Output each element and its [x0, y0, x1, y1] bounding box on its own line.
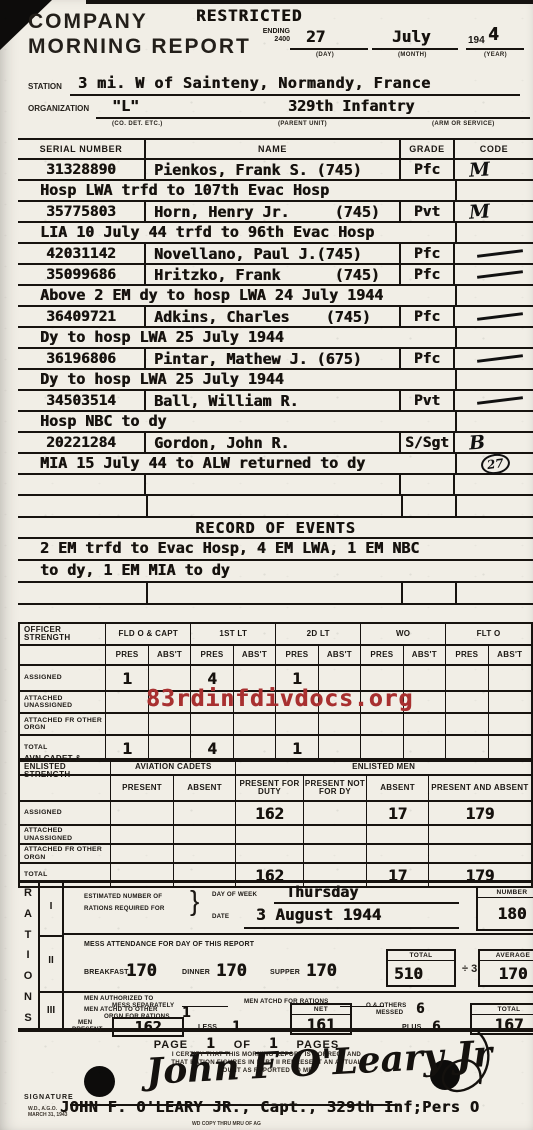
- enlisted-col-header: PRESENT FOR DUTY: [236, 776, 303, 800]
- enlisted-col-header: PRESENT AND ABSENT: [429, 776, 531, 800]
- rations-row2: MESS ATTENDANCE FOR DAY OF THIS REPORT B…: [64, 937, 533, 991]
- column-divider: [455, 496, 457, 516]
- code-cell: [455, 328, 533, 347]
- station-underline: [70, 94, 520, 96]
- grade-header: GRADE: [401, 140, 455, 158]
- code-cell: [455, 370, 533, 389]
- value-cell: [149, 714, 191, 734]
- men-present-value: 162: [134, 1018, 161, 1036]
- remark-text: Dy to hosp LWA 25 July 1944: [40, 328, 284, 346]
- divider: [40, 935, 62, 937]
- officer-group-header: FLT O: [446, 624, 531, 644]
- table-row: Dy to hosp LWA 25 July 1944: [18, 370, 533, 391]
- column-divider: [401, 496, 403, 516]
- pres-abst-header: ABS'T: [489, 646, 531, 664]
- value-cell: [367, 845, 429, 862]
- table-row: 35099686Hritzko, Frank (745)Pfc: [18, 265, 533, 286]
- officer-group-header: WO: [361, 624, 446, 644]
- net-label: NET: [292, 1005, 350, 1015]
- strength-header-row: OFFICER STRENGTHFLD O & CAPT1ST LT2D LTW…: [20, 624, 531, 646]
- code-cell: [455, 349, 533, 368]
- personnel-table: SERIAL NUMBER NAME GRADE CODE 31328890Pi…: [18, 138, 533, 605]
- code-handwritten-mark: M: [468, 200, 491, 223]
- scan-top-edge: [86, 0, 533, 4]
- value-cell: [367, 826, 429, 843]
- others-messed-value: 6: [416, 1001, 424, 1017]
- officer-group-header: 1ST LT: [191, 624, 276, 644]
- strength-value: 4: [207, 669, 217, 688]
- date-label: DATE: [212, 913, 229, 920]
- table-row: Above 2 EM dy to hosp LWA 24 July 1944: [18, 286, 533, 307]
- value-cell: [489, 666, 531, 690]
- grade-cell: Pvt: [401, 202, 455, 221]
- remark-text: Dy to hosp LWA 25 July 1944: [40, 370, 284, 388]
- record-of-events-title: RECORD OF EVENTS: [195, 519, 356, 537]
- rations-letter: T: [25, 929, 32, 941]
- table-row: Hosp NBC to dy: [18, 412, 533, 433]
- strength-value: 179: [465, 804, 494, 823]
- organization-parent-unit: 329th Infantry: [288, 97, 414, 115]
- day-caption: (DAY): [316, 52, 334, 58]
- strength-value: 17: [388, 804, 407, 823]
- station-value: 3 mi. W of Sainteny, Normandy, France: [78, 74, 431, 92]
- number-value: 180: [498, 898, 527, 929]
- year-caption: (YEAR): [484, 52, 507, 58]
- divide-by-three: ÷ 3: [462, 963, 477, 975]
- strength-value: 4: [207, 739, 217, 758]
- record-of-events-line2-row: to dy, 1 EM MIA to dy: [18, 561, 533, 583]
- rations-letter: S: [24, 1012, 31, 1024]
- table-row: ASSIGNED16217179: [20, 802, 531, 826]
- name-header: NAME: [146, 140, 401, 158]
- column-divider: [455, 583, 457, 603]
- value-cell: 1: [106, 666, 148, 690]
- strength-value: 1: [122, 739, 132, 758]
- rations-row1: ESTIMATED NUMBER OF RATIONS REQUIRED FOR…: [64, 883, 533, 935]
- value-cell: [446, 692, 488, 712]
- circled-number: 27: [479, 452, 510, 476]
- value-cell: 1: [106, 736, 148, 760]
- supper-value: 170: [306, 961, 337, 981]
- year-printed-prefix: 194: [468, 35, 485, 46]
- mess-total-value: 510: [388, 961, 423, 985]
- table-row: Hosp LWA trfd to 107th Evac Hosp: [18, 181, 533, 202]
- rations-letter: N: [24, 991, 32, 1003]
- grade-cell: Pfc: [401, 160, 455, 179]
- grade-cell: Pfc: [401, 349, 455, 368]
- value-cell: [276, 714, 318, 734]
- value-cell: [106, 692, 148, 712]
- enlisted-strength-table: AVN CADET & ENLISTED STRENGTHAVIATION CA…: [18, 758, 533, 888]
- report-day: 27: [306, 27, 325, 46]
- organization-underline: [96, 117, 530, 119]
- station-label: STATION: [28, 82, 62, 91]
- row-label: ASSIGNED: [20, 666, 106, 690]
- divider: [40, 991, 62, 993]
- restricted-stamp: RESTRICTED: [196, 6, 302, 25]
- code-cell: M: [455, 202, 533, 221]
- value-cell: [361, 714, 403, 734]
- serial-number-cell: 31328890: [18, 160, 146, 179]
- breakfast-value: 170: [126, 961, 157, 981]
- value-cell: 4: [191, 736, 233, 760]
- value-cell: [404, 714, 446, 734]
- table-row: ATTACHED FR OTHER ORGN: [20, 845, 531, 864]
- report-month: July: [392, 27, 431, 46]
- estimated-rations-label2: RATIONS REQUIRED FOR: [84, 905, 165, 912]
- grade-cell: Pfc: [401, 307, 455, 326]
- serial-number-cell: 36196806: [18, 349, 146, 368]
- column-divider: [401, 583, 403, 603]
- value-cell: [489, 692, 531, 712]
- code-dash-mark: [477, 249, 523, 258]
- pres-abst-header: PRES: [191, 646, 233, 664]
- value-cell: [111, 845, 174, 862]
- value-cell: [319, 736, 361, 760]
- breakfast-label: BREAKFAST: [84, 969, 129, 976]
- mess-average-label: AVERAGE: [480, 951, 533, 961]
- code-header: CODE: [455, 140, 533, 158]
- value-cell: [446, 666, 488, 690]
- typed-signature-name: JOHN F. O'LEARY JR., Capt., 329th Inf;Pe…: [60, 1098, 479, 1116]
- rations-total-label: TOTAL: [472, 1005, 533, 1015]
- mess-average-value: 170: [499, 961, 528, 985]
- code-cell: [455, 244, 533, 263]
- rations-section: RATIONS I II III ESTIMATED NUMBER OF RAT…: [18, 880, 533, 1032]
- value-cell: [429, 845, 531, 862]
- serial-number-cell: 20221284: [18, 433, 146, 452]
- name-cell: Horn, Henry Jr. (745): [146, 202, 401, 221]
- men-present-label1: MEN: [78, 1019, 92, 1026]
- org-unit-caption: (CO. DET. ETC.): [112, 121, 163, 127]
- strength-header-row: PRESENTABSENTPRESENT FOR DUTYPRESENT NOT…: [20, 776, 531, 802]
- code-cell: [455, 223, 533, 242]
- rations-total-value: 167: [495, 1015, 524, 1034]
- rations-letter: I: [26, 949, 29, 961]
- part-iii-label: III: [40, 1005, 62, 1016]
- others-messed-label1: O & OTHERS: [366, 1002, 407, 1009]
- table-row: 31328890Pienkos, Frank S. (745)PfcM: [18, 160, 533, 181]
- strength-header-row: PRESABS'TPRESABS'TPRESABS'TPRESABS'TPRES…: [20, 646, 531, 666]
- part-i-label: I: [40, 901, 62, 912]
- table-row: ATTACHED FR OTHER ORGN: [20, 714, 531, 736]
- grade-cell: Pfc: [401, 265, 455, 284]
- estimated-rations-label1: ESTIMATED NUMBER OF: [84, 893, 162, 900]
- corner-spacer: [20, 776, 111, 800]
- men-atchd-other-label1: MEN ATCHD TO OTHER: [84, 1006, 158, 1013]
- men-authorized-label1: MEN AUTHORIZED TO: [84, 995, 153, 1002]
- date-value: 3 August 1944: [256, 905, 381, 924]
- others-messed-label2: MESSED: [376, 1009, 403, 1016]
- rations-letter: O: [24, 970, 33, 982]
- name-cell: Ball, William R.: [146, 391, 401, 410]
- value-cell: [174, 802, 237, 824]
- serial-number-cell: 36409721: [18, 307, 146, 326]
- underline: [274, 902, 459, 904]
- code-cell: [455, 307, 533, 326]
- value-cell: 162: [236, 802, 303, 824]
- aviation-cadets-header: AVIATION CADETS: [111, 760, 236, 774]
- mess-attendance-label: MESS ATTENDANCE FOR DAY OF THIS REPORT: [84, 941, 254, 948]
- remark-text: Hosp NBC to dy: [40, 412, 166, 430]
- value-cell: [446, 714, 488, 734]
- column-divider: [146, 496, 148, 516]
- month-underline: [372, 48, 458, 50]
- supper-label: SUPPER: [270, 969, 300, 976]
- code-cell: [455, 391, 533, 410]
- year-underline: [466, 48, 524, 50]
- name-cell: Novellano, Paul J.(745): [146, 244, 401, 263]
- watermark-text: 83rdinfdivdocs.org: [146, 686, 413, 712]
- strength-header-row: AVN CADET & ENLISTED STRENGTHAVIATION CA…: [20, 760, 531, 776]
- rations-row3: MEN AUTHORIZED TO MESS SEPARATELY MEN AT…: [64, 991, 533, 1035]
- pres-abst-header: PRES: [446, 646, 488, 664]
- less-value: 1: [232, 1019, 240, 1035]
- code-cell: [455, 412, 533, 431]
- enlisted-col-header: PRESENT: [111, 776, 174, 800]
- day-underline: [290, 48, 368, 50]
- corner-spacer: [20, 646, 106, 664]
- day-of-week-label: DAY OF WEEK: [212, 891, 257, 898]
- record-of-events-line2: to dy, 1 EM MIA to dy: [40, 561, 230, 579]
- record-of-events-line1: 2 EM trfd to Evac Hosp, 4 EM LWA, 1 EM N…: [40, 539, 419, 557]
- value-cell: [304, 845, 368, 862]
- value-cell: [111, 826, 174, 843]
- org-parent-caption: (PARENT UNIT): [278, 121, 327, 127]
- serial-number-cell: 35099686: [18, 265, 146, 284]
- enlisted-col-header: PRESENT NOT FOR DY: [304, 776, 368, 800]
- remark-text: Above 2 EM dy to hosp LWA 24 July 1944: [40, 286, 383, 304]
- pres-abst-header: PRES: [106, 646, 148, 664]
- grade-cell: Pvt: [401, 391, 455, 410]
- underline: [244, 927, 459, 929]
- number-label: NUMBER: [478, 888, 533, 898]
- table-row: 42031142Novellano, Paul J.(745)Pfc: [18, 244, 533, 265]
- record-of-events-line1-row: 2 EM trfd to Evac Hosp, 4 EM LWA, 1 EM N…: [18, 539, 533, 561]
- month-caption: (MONTH): [398, 52, 427, 58]
- code-cell: 27: [455, 454, 533, 473]
- name-cell: Pintar, Mathew J. (675): [146, 349, 401, 368]
- table-row: 35775803Horn, Henry Jr. (745)PvtM: [18, 202, 533, 223]
- bottom-copy-note: WD COPY THRU MRU OF AG: [0, 1121, 453, 1127]
- brace: }: [190, 885, 199, 917]
- value-cell: 17: [367, 802, 429, 824]
- table-row: ATTACHED UNASSIGNED: [20, 826, 531, 845]
- rations-letter: A: [24, 908, 32, 920]
- table-row: [18, 475, 533, 496]
- org-arm-caption: (ARM OR SERVICE): [432, 121, 495, 127]
- grade-cell: S/Sgt: [401, 433, 455, 452]
- table-row: 36196806Pintar, Mathew J. (675)Pfc: [18, 349, 533, 370]
- value-cell: [236, 826, 303, 843]
- strength-value: 1: [292, 669, 302, 688]
- row-label: ATTACHED UNASSIGNED: [20, 826, 111, 843]
- value-cell: [111, 802, 174, 824]
- table-row-blank: [18, 496, 533, 518]
- punch-hole-left: [84, 1066, 115, 1097]
- strength-value: 1: [122, 669, 132, 688]
- serial-number-cell: 34503514: [18, 391, 146, 410]
- pres-abst-header: ABS'T: [319, 646, 361, 664]
- remark-text: MIA 15 July 44 to ALW returned to dy: [40, 454, 365, 472]
- serial-number-cell: 35775803: [18, 202, 146, 221]
- row-label: ASSIGNED: [20, 802, 111, 824]
- value-cell: 1: [276, 736, 318, 760]
- morning-report-document: { "colors":{"ink":"#17130f","watermark_r…: [0, 0, 533, 1130]
- enlisted-col-header: ABSENT: [174, 776, 237, 800]
- row-label: ATTACHED FR OTHER ORGN: [20, 845, 111, 862]
- code-cell: [455, 286, 533, 305]
- men-present-label2: PRESENT: [72, 1026, 103, 1033]
- table-row: 34503514Ball, William R.Pvt: [18, 391, 533, 412]
- value-cell: [191, 714, 233, 734]
- value-cell: [236, 845, 303, 862]
- grade-cell: Pfc: [401, 244, 455, 263]
- code-handwritten-mark: M: [468, 158, 491, 181]
- form-title-line2: MORNING REPORT: [28, 35, 251, 59]
- value-cell: [149, 736, 191, 760]
- value-cell: [429, 826, 531, 843]
- enlisted-col-header: ABSENT: [367, 776, 429, 800]
- form-title-line1: COMPANY: [28, 10, 148, 34]
- ending-2400-label: ENDING 2400: [246, 28, 290, 44]
- officer-group-header: 2D LT: [276, 624, 361, 644]
- organization-unit: "L": [112, 97, 139, 115]
- value-cell: [304, 826, 368, 843]
- name-cell: Gordon, John R.: [146, 433, 401, 452]
- value-cell: [106, 714, 148, 734]
- name-cell: Adkins, Charles (745): [146, 307, 401, 326]
- organization-label: ORGANIZATION: [28, 104, 89, 113]
- dinner-label: DINNER: [182, 969, 210, 976]
- record-of-events-title-row: RECORD OF EVENTS: [18, 518, 533, 539]
- rations-vertical-label: RATIONS: [18, 883, 40, 1028]
- men-present-box: 162: [112, 1017, 184, 1037]
- pres-abst-header: PRES: [361, 646, 403, 664]
- serial-number-header: SERIAL NUMBER: [18, 140, 146, 158]
- remark-text: LIA 10 July 44 trfd to 96th Evac Hosp: [40, 223, 374, 241]
- officer-group-header: FLD O & CAPT: [106, 624, 191, 644]
- part-ii-label: II: [40, 955, 62, 966]
- row-label: ATTACHED UNASSIGNED: [20, 692, 106, 712]
- name-cell: Pienkos, Frank S. (745): [146, 160, 401, 179]
- table-row: MIA 15 July 44 to ALW returned to dy27: [18, 454, 533, 475]
- serial-number-cell: 42031142: [18, 244, 146, 263]
- net-box: NET 161: [290, 1003, 352, 1035]
- enlisted-men-header: ENLISTED MEN: [236, 760, 531, 774]
- personnel-rows: 31328890Pienkos, Frank S. (745)PfcMHosp …: [18, 160, 533, 496]
- value-cell: [404, 736, 446, 760]
- table-row: LIA 10 July 44 trfd to 96th Evac Hosp: [18, 223, 533, 244]
- value-cell: [361, 736, 403, 760]
- net-value: 161: [307, 1015, 336, 1034]
- value-cell: 179: [429, 802, 531, 824]
- code-handwritten-mark: B: [468, 431, 486, 454]
- table-row: 36409721Adkins, Charles (745)Pfc: [18, 307, 533, 328]
- code-cell: M: [455, 160, 533, 179]
- value-cell: [234, 736, 276, 760]
- column-divider: [146, 583, 148, 603]
- pres-abst-header: ABS'T: [234, 646, 276, 664]
- mess-total-box: TOTAL 510: [386, 949, 456, 987]
- mess-average-box: AVERAGE 170: [478, 949, 533, 987]
- remark-text: Hosp LWA trfd to 107th Evac Hosp: [40, 181, 329, 199]
- mess-total-label: TOTAL: [388, 951, 454, 961]
- pres-abst-header: ABS'T: [149, 646, 191, 664]
- row-label: ATTACHED FR OTHER ORGN: [20, 714, 106, 734]
- strength-value: 162: [255, 804, 284, 823]
- value-cell: [446, 736, 488, 760]
- rations-letter: R: [24, 887, 32, 899]
- value-cell: [234, 714, 276, 734]
- rations-part-numbers: I II III: [40, 883, 64, 1028]
- strength-value: 1: [292, 739, 302, 758]
- less-label: LESS: [198, 1024, 217, 1031]
- value-cell: [489, 714, 531, 734]
- value-cell: [319, 714, 361, 734]
- code-cell: B: [455, 433, 533, 452]
- rations-number-box: NUMBER 180: [476, 886, 533, 931]
- dinner-value: 170: [216, 961, 247, 981]
- report-year-digit: 4: [488, 24, 499, 45]
- value-cell: [304, 802, 368, 824]
- table-row: 20221284Gordon, John R.S/SgtB: [18, 433, 533, 454]
- code-dash-mark: [477, 270, 523, 279]
- personnel-header-row: SERIAL NUMBER NAME GRADE CODE: [18, 140, 533, 160]
- value-cell: [174, 826, 237, 843]
- name-cell: Hritzko, Frank (745): [146, 265, 401, 284]
- officer-strength-corner: OFFICER STRENGTH: [20, 624, 106, 644]
- value-cell: [174, 845, 237, 862]
- pres-abst-header: PRES: [276, 646, 318, 664]
- code-cell: [455, 265, 533, 284]
- day-of-week-value: Thursday: [286, 883, 358, 901]
- table-row-blank: [18, 583, 533, 605]
- enlisted-strength-corner: AVN CADET & ENLISTED STRENGTH: [20, 760, 111, 774]
- code-dash-mark: [477, 312, 523, 321]
- table-row: Dy to hosp LWA 25 July 1944: [18, 328, 533, 349]
- code-dash-mark: [477, 396, 523, 405]
- code-cell: [455, 181, 533, 200]
- value-cell: [489, 736, 531, 760]
- code-dash-mark: [477, 354, 523, 363]
- pres-abst-header: ABS'T: [404, 646, 446, 664]
